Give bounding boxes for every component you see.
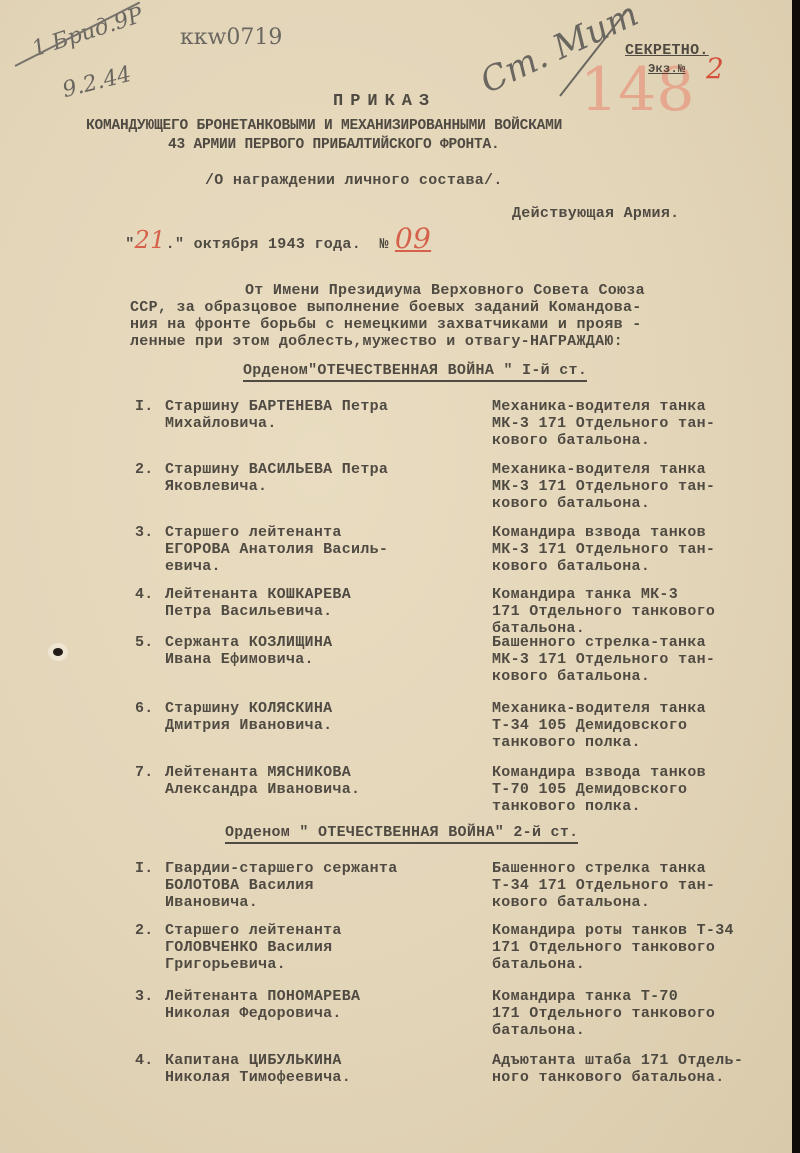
entry-number: 4. bbox=[135, 1052, 163, 1069]
recipient-position: Механика-водителя танка Т-34 105 Демидов… bbox=[492, 700, 782, 751]
location: Действующая Армия. bbox=[512, 205, 679, 222]
recipient-name: Старшего лейтенанта ЕГОРОВА Анатолия Вас… bbox=[165, 524, 495, 575]
recipient-name: Старшину ВАСИЛЬЕВА Петра Яковлевича. bbox=[165, 461, 495, 495]
award-entry: I. Гвардии-старшего сержанта БОЛОТОВА Ва… bbox=[135, 860, 775, 920]
recipient-position: Механика-водителя танка МК-3 171 Отдельн… bbox=[492, 398, 782, 449]
recipient-name: Лейтенанта КОШКАРЕВА Петра Васильевича. bbox=[165, 586, 495, 620]
recipient-position: Командира танка МК-3 171 Отдельного танк… bbox=[492, 586, 782, 637]
date-open-quote: " bbox=[125, 236, 134, 253]
copy-number-value: 2 bbox=[706, 52, 724, 85]
date-day: 21 bbox=[135, 226, 166, 254]
award-entry: 4. Капитана ЦИБУЛЬКИНА Николая Тимофееви… bbox=[135, 1052, 775, 1112]
scan-border bbox=[792, 0, 800, 1153]
entry-number: I. bbox=[135, 860, 163, 877]
recipient-position: Командира взвода танков Т-70 105 Демидов… bbox=[492, 764, 782, 815]
document-title: ПРИКАЗ bbox=[333, 92, 436, 111]
award-entry: 2. Старшину ВАСИЛЬЕВА Петра Яковлевича. … bbox=[135, 461, 775, 521]
award-entry: 2. Старшего лейтенанта ГОЛОВЧЕНКО Васили… bbox=[135, 922, 775, 982]
entry-number: I. bbox=[135, 398, 163, 415]
section-heading-order-1st-class: Орденом"ОТЕЧЕСТВЕННАЯ ВОЙНА " I-й ст. bbox=[243, 362, 587, 382]
preamble-line3: ния на фронте борьбы с немецкими захватч… bbox=[130, 316, 642, 333]
recipient-name: Старшего лейтенанта ГОЛОВЧЕНКО Василия Г… bbox=[165, 922, 495, 973]
award-entry: 3. Старшего лейтенанта ЕГОРОВА Анатолия … bbox=[135, 524, 775, 584]
recipient-name: Лейтенанта МЯСНИКОВА Александра Иванович… bbox=[165, 764, 495, 798]
date-text: ." октября 1943 года. № bbox=[166, 236, 389, 253]
recipient-name: Сержанта КОЗЛИЩИНА Ивана Ефимовича. bbox=[165, 634, 495, 668]
preamble-line2: ССР, за образцовое выполнение боевых зад… bbox=[130, 299, 642, 316]
recipient-position: Механика-водителя танка МК-3 171 Отдельн… bbox=[492, 461, 782, 512]
recipient-position: Командира роты танков Т-34 171 Отдельног… bbox=[492, 922, 782, 973]
order-number: 09 bbox=[395, 222, 431, 255]
pencil-annotation-top-left: 1 Брид.9Р bbox=[29, 3, 146, 62]
document-subject: /О награждении личного состава/. bbox=[205, 172, 503, 189]
preamble-line4: ленные при этом доблесть,мужество и отва… bbox=[130, 333, 623, 350]
recipient-name: Гвардии-старшего сержанта БОЛОТОВА Васил… bbox=[165, 860, 495, 911]
recipient-position: Башенного стрелка-танка МК-3 171 Отдельн… bbox=[492, 634, 782, 685]
recipient-position: Адъютанта штаба 171 Отдель- ного танково… bbox=[492, 1052, 782, 1086]
entry-number: 2. bbox=[135, 922, 163, 939]
punch-hole bbox=[53, 648, 63, 656]
recipient-name: Капитана ЦИБУЛЬКИНА Николая Тимофеевича. bbox=[165, 1052, 495, 1086]
entry-number: 7. bbox=[135, 764, 163, 781]
recipient-name: Лейтенанта ПОНОМАРЕВА Николая Федоровича… bbox=[165, 988, 495, 1022]
pencil-archive-code: ккw0719 bbox=[180, 25, 282, 50]
pencil-annotation-date: 9.2.44 bbox=[60, 62, 134, 103]
secret-stamp: СЕКРЕТНО. bbox=[625, 42, 709, 59]
award-entry: 5. Сержанта КОЗЛИЩИНА Ивана Ефимовича. Б… bbox=[135, 634, 775, 694]
entry-number: 4. bbox=[135, 586, 163, 603]
award-entry: 7. Лейтенанта МЯСНИКОВА Александра Ивано… bbox=[135, 764, 775, 824]
document-subtitle-line1: КОМАНДУЮЩЕГО БРОНЕТАНКОВЫМИ И МЕХАНИЗИРО… bbox=[86, 118, 562, 134]
entry-number: 6. bbox=[135, 700, 163, 717]
award-entry: 3. Лейтенанта ПОНОМАРЕВА Николая Федоров… bbox=[135, 988, 775, 1048]
date-line: "21." октября 1943 года. №09 bbox=[88, 205, 431, 272]
preamble-line1: От Имени Президиума Верховного Совета Со… bbox=[245, 282, 645, 299]
entry-number: 5. bbox=[135, 634, 163, 651]
document-subtitle-line2: 43 АРМИИ ПЕРВОГО ПРИБАЛТИЙСКОГО ФРОНТА. bbox=[168, 137, 500, 153]
entry-number: 3. bbox=[135, 988, 163, 1005]
recipient-name: Старшину БАРТЕНЕВА Петра Михайловича. bbox=[165, 398, 495, 432]
entry-number: 2. bbox=[135, 461, 163, 478]
recipient-position: Командира взвода танков МК-3 171 Отдельн… bbox=[492, 524, 782, 575]
recipient-name: Старшину КОЛЯСКИНА Дмитрия Ивановича. bbox=[165, 700, 495, 734]
recipient-position: Башенного стрелка танка Т-34 171 Отдельн… bbox=[492, 860, 782, 911]
copy-number-label: Экз.№ bbox=[648, 62, 686, 76]
award-entry: I. Старшину БАРТЕНЕВА Петра Михайловича.… bbox=[135, 398, 775, 458]
entry-number: 3. bbox=[135, 524, 163, 541]
section-heading-order-2nd-class: Орденом " ОТЕЧЕСТВЕННАЯ ВОЙНА" 2-й ст. bbox=[225, 824, 578, 844]
recipient-position: Командира танка Т-70 171 Отдельного танк… bbox=[492, 988, 782, 1039]
scanned-document-page: 1 Брид.9Р 9.2.44 ккw0719 Ст. Мит 148 СЕК… bbox=[0, 0, 792, 1153]
award-entry: 6. Старшину КОЛЯСКИНА Дмитрия Ивановича.… bbox=[135, 700, 775, 760]
